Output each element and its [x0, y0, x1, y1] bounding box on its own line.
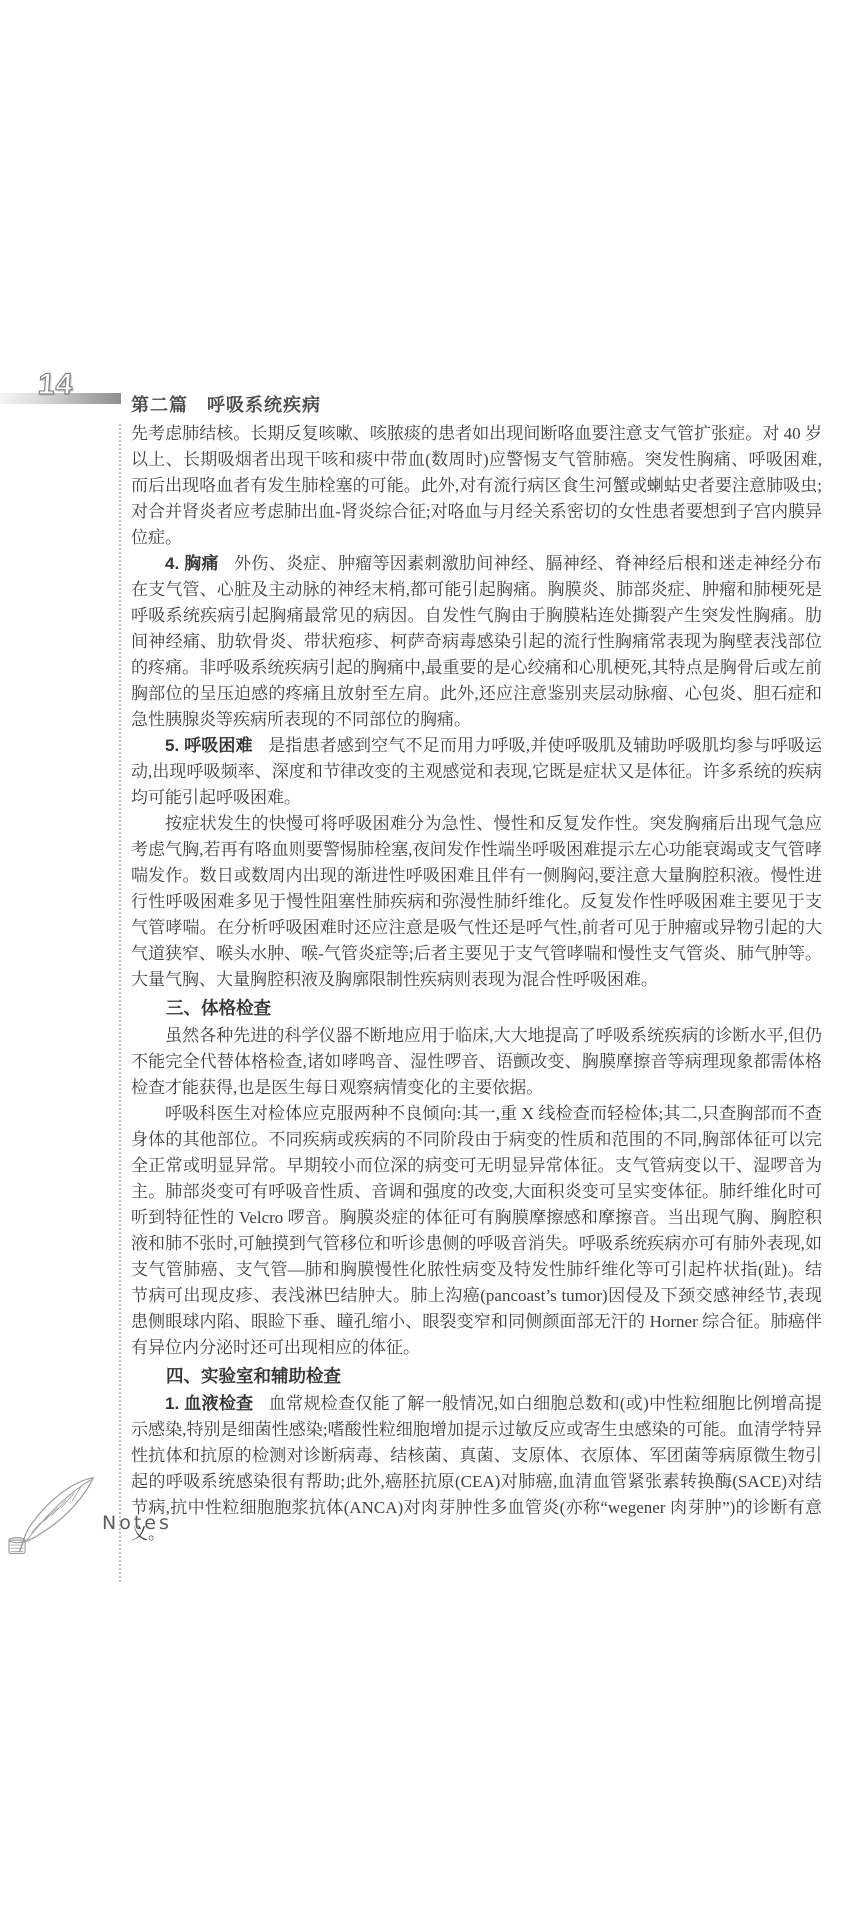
margin-dotted-rule [119, 424, 121, 1582]
paragraph: 5. 呼吸困难是指患者感到空气不足而用力呼吸,并使呼吸肌及辅助呼吸肌均参与呼吸运… [131, 733, 822, 811]
page-body: 先考虑肺结核。长期反复咳嗽、咳脓痰的患者如出现间断咯血要注意支气管扩张症。对 4… [131, 421, 822, 1547]
paragraph-lead: 4. 胸痛 [165, 554, 219, 573]
paragraph-lead: 1. 血液检查 [165, 1394, 254, 1413]
paragraph: 虽然各种先进的科学仪器不断地应用于临床,大大地提高了呼吸系统疾病的诊断水平,但仍… [131, 1023, 822, 1101]
page-number: 14 [37, 368, 75, 402]
quill-pen-icon [6, 1472, 101, 1562]
paragraph: 1. 血液检查血常规检查仅能了解一般情况,如白细胞总数和(或)中性粒细胞比例增高… [131, 1391, 822, 1547]
notes-label: Notes [102, 1512, 172, 1534]
paragraph: 4. 胸痛外伤、炎症、肿瘤等因素刺激肋间神经、膈神经、脊神经后根和迷走神经分布在… [131, 551, 822, 733]
notes-block: Notes [6, 1472, 176, 1567]
paragraph: 先考虑肺结核。长期反复咳嗽、咳脓痰的患者如出现间断咯血要注意支气管扩张症。对 4… [131, 421, 822, 551]
section-heading: 三、体格检查 [131, 995, 822, 1021]
book-page: 14 第二篇 呼吸系统疾病 先考虑肺结核。长期反复咳嗽、咳脓痰的患者如出现间断咯… [0, 0, 864, 1920]
paragraph: 呼吸科医生对检体应克服两种不良倾向:其一,重 X 线检查而轻检体;其二,只查胸部… [131, 1101, 822, 1361]
section-heading: 四、实验室和辅助检查 [131, 1363, 822, 1389]
chapter-header-title: 第二篇 呼吸系统疾病 [131, 391, 321, 417]
paragraph-lead: 5. 呼吸困难 [165, 736, 253, 755]
paragraph: 按症状发生的快慢可将呼吸困难分为急性、慢性和反复发作性。突发胸痛后出现气急应考虑… [131, 811, 822, 993]
